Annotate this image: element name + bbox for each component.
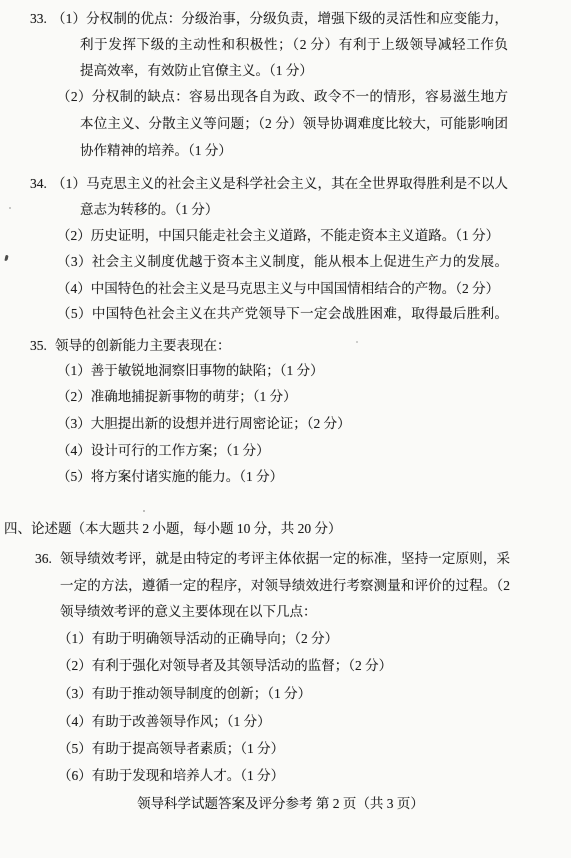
q33-line-6: 协作精神的培养。（1 分） xyxy=(80,142,232,159)
scanned-answer-page: 33. （1）分权制的优点：分级治事，分级负责，增强下级的灵活性和应变能力，有 … xyxy=(0,0,571,858)
q36-item-2: （2）有利于强化对领导者及其领导活动的监督；（2 分） xyxy=(58,657,392,674)
q33-number: 33. xyxy=(30,10,47,27)
q33-line-5: 本位主义、分散主义等问题；（2 分）领导协调难度比较大，可能影响团体 xyxy=(80,115,508,133)
q33-line-3: 提高效率，有效防止官僚主义。（1 分） xyxy=(80,62,313,79)
q36-item-3: （3）有助于推动领导制度的创新；（1 分） xyxy=(58,685,311,702)
q36-item-5: （5）有助于提高领导者素质；（1 分） xyxy=(58,740,284,757)
q34-line-4: （3）社会主义制度优越于资本主义制度，能从根本上促进生产力的发展。（1 分） xyxy=(57,253,508,271)
page-footer: 领导科学试题答案及评分参考 第 2 页（共 3 页） xyxy=(0,795,561,812)
q35-heading: 领导的创新能力主要表现在： xyxy=(55,337,231,354)
q35-item-4: （4）设计可行的工作方案；（1 分） xyxy=(57,442,270,459)
q34-line-5: （4）中国特色的社会主义是马克思主义与中国国情相结合的产物。（2 分） xyxy=(57,280,499,297)
q34-line-3: （2）历史证明，中国只能走社会主义道路，不能走资本主义道路。（1 分） xyxy=(57,227,499,244)
q35-item-5: （5）将方案付诸实施的能力。（1 分） xyxy=(57,468,283,485)
q34-line-6: （5）中国特色社会主义在共产党领导下一定会战胜困难，取得最后胜利。（1 分） xyxy=(57,305,508,323)
q36-line-1: 领导绩效考评，就是由特定的考评主体依据一定的标准，坚持一定原则，采取 xyxy=(60,550,510,568)
q36-item-4: （4）有助于改善领导作风；（1 分） xyxy=(58,713,271,730)
section-four-heading: 四、论述题（本大题共 2 小题，每小题 10 分，共 20 分） xyxy=(4,520,342,537)
q36-line-3: 领导绩效考评的意义主要体现在以下几点： xyxy=(60,603,317,620)
q35-item-3: （3）大胆提出新的设想并进行周密论证；（2 分） xyxy=(57,415,351,432)
scan-speck xyxy=(9,207,11,209)
q36-item-6: （6）有助于发现和培养人才。（1 分） xyxy=(58,767,284,784)
scan-speck xyxy=(356,341,358,343)
q36-line-2: 一定的方法，遵循一定的程序，对领导绩效进行考察测量和评价的过程。（2 分） xyxy=(60,577,510,595)
q33-line-2: 利于发挥下级的主动性和积极性；（2 分）有利于上级领导减轻工作负担， xyxy=(80,36,508,54)
q35-number: 35. xyxy=(30,337,47,354)
q35-item-1: （1）善于敏锐地洞察旧事物的缺陷；（1 分） xyxy=(57,362,324,379)
q33-line-1: （1）分权制的优点：分级治事，分级负责，增强下级的灵活性和应变能力，有 xyxy=(52,10,508,28)
q33-line-4: （2）分权制的缺点：容易出现各自为政、政令不一的情形，容易滋生地方主义、 xyxy=(57,88,508,106)
q34-line-1: （1）马克思主义的社会主义是科学社会主义，其在全世界取得胜利是不以人们 xyxy=(52,175,508,193)
scan-speck xyxy=(130,128,132,130)
scan-speck xyxy=(4,255,8,261)
q36-item-1: （1）有助于明确领导活动的正确导向；（2 分） xyxy=(58,630,338,647)
q35-item-2: （2）准确地捕捉新事物的萌芽；（1 分） xyxy=(57,388,297,405)
q36-number: 36. xyxy=(35,550,52,567)
q34-number: 34. xyxy=(30,175,47,192)
scan-speck xyxy=(143,510,145,512)
q34-line-2: 意志为转移的。（1 分） xyxy=(80,201,218,218)
